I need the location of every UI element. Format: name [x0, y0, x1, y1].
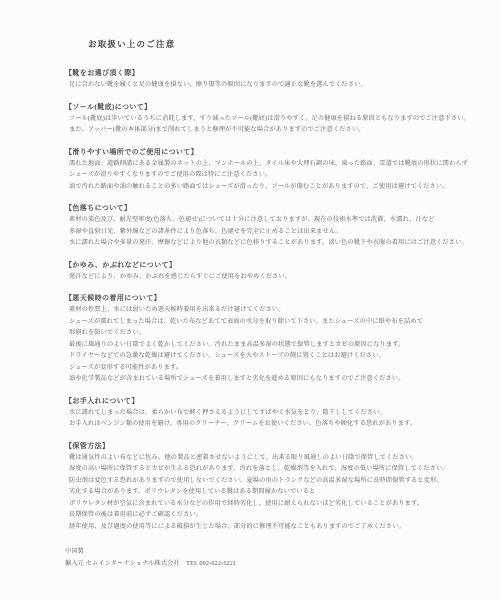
body-line: 多湿や直射日光、紫外線などの諸条件により色落ち、色褪せを完全に止めることは出来ま…	[69, 226, 472, 238]
section-heading: 【滑りやすい場所でのご使用について】	[65, 146, 472, 158]
body-line: シューズが滑りやすくなりますのでご使用の際は特にご注意ください。	[69, 169, 472, 181]
body-line: ポリウレタン材が空気に含まれている水分などの作用で経時劣化し、使用に耐えられない…	[69, 498, 472, 510]
importer-info: 輸入元 セムインターナショナル株式会社 TEL 092-622-5221	[65, 558, 472, 570]
body-line: 発汗などにより、かゆみ、かぶれを感じたらすぐにご使用をおやめください。	[69, 271, 472, 283]
body-line: 劣化する場合があります。ポリウレタンを使用している靴はある期間履かないでいると	[69, 486, 472, 498]
section-storage: 【保管方法】 靴は通気性のよい布などに包み、他の製品と密着させないようにして、出…	[65, 440, 472, 533]
body-line: 靴は通気性のよい布などに包み、他の製品と密着させないようにして、出来る限り風通し…	[69, 452, 472, 464]
section-bad-weather: 【悪天候時の着用について】 素材の性質上、水には弱いため悪天候時着用を出来るだけ…	[65, 292, 472, 385]
body-line: 濡れた地面、道路側溝にある金属製のネットの上、マンホールの上、タイル床や大理石調…	[69, 158, 472, 170]
section-color-fading: 【色落ちについて】 素材の染色及び、耐光堅牢度(色落ち、色褪せ)については十分に…	[65, 202, 472, 249]
body-line: 防虫剤は変色する恐れがありますので使用しないでください。夏場の車のトランクなどの…	[69, 475, 472, 487]
body-line: ソール(靴底)は歩いているうちに消耗します。すり減ったソール(靴底)は滑りやすく…	[69, 113, 472, 125]
section-heading: 【お手入れについて】	[65, 395, 472, 407]
body-line: また、アッパー(靴の本体部分)まで削れてしまうと修理が不可能な場合がありますので…	[69, 124, 472, 136]
body-line: 経年使用、及び過度の使用等にによる破損が生じた場合、部分的に修理不可能なこともあ…	[69, 521, 472, 533]
body-line: 油で汚れた路面や油の触れることの多い路面ではシューズが滑ったり、ソールが傷むこと…	[69, 181, 472, 193]
body-line: シューズが濡れてしまった場合は、乾いた布などあてて表面の水分を取り除いて下さい。…	[69, 316, 472, 328]
body-line: 油や化学製品などが含まれている場所でシューズを着用しますと劣化を進める原因にもな…	[69, 373, 472, 385]
country-of-origin: 中国製	[65, 546, 472, 558]
section-heading: 【色落ちについて】	[65, 202, 472, 214]
body-line: 素材の染色及び、耐光堅牢度(色落ち、色褪せ)については十分に注意しておりますが、…	[69, 214, 472, 226]
body-line: シューズが変形する可能性があります。	[69, 362, 472, 374]
body-line: 水に濡れた場合や多量の発汗、摩擦などにより他の衣類などに色移りすることがあります…	[69, 237, 472, 249]
section-heading: 【ソール(靴底)について】	[65, 101, 472, 113]
body-line: お手入れはベンジン類の使用を避け、専用のクリーナー、クリームをお使いください。色…	[69, 418, 472, 430]
body-line: ドライヤーなどでの急激な乾燥は避けてください。シューズを火やストーブの側に置くこ…	[69, 350, 472, 362]
page-title: お取扱い上のご注意	[88, 38, 472, 50]
body-line: 長期保管の後は着用前に必ずご確認ください。	[69, 509, 472, 521]
body-line: 湿度の高い場所に保管するとカビが生える恐れがあります。汚れを落とし、乾燥剤等を入…	[69, 463, 472, 475]
document-footer: 中国製 輸入元 セムインターナショナル株式会社 TEL 092-622-5221	[65, 546, 472, 569]
section-heading: 【悪天候時の着用について】	[65, 292, 472, 304]
body-line: 最後に風通りのよい日陰でよく乾かしてください。汚れたまま高温多湿の状態で保管しま…	[69, 339, 472, 351]
body-line: 水に濡れてしまった場合は、柔らかい布で軽く押さえるようにしてすばやく水気をとり、…	[69, 407, 472, 419]
section-slippery-places: 【滑りやすい場所でのご使用について】 濡れた地面、道路側溝にある金属製のネットの…	[65, 146, 472, 193]
care-instructions-document: お取扱い上のご注意 【靴をお選び頂く際】 足に合わない靴を履くと足の健康を損ない…	[0, 0, 500, 600]
body-line: 形崩れを防いでください。	[69, 327, 472, 339]
section-itching-rash: 【かゆみ、かぶれなどについて】 発汗などにより、かゆみ、かぶれを感じたらすぐにご…	[65, 259, 472, 283]
section-care: 【お手入れについて】 水に濡れてしまった場合は、柔らかい布で軽く押さえるようにし…	[65, 395, 472, 430]
section-shoe-selection: 【靴をお選び頂く際】 足に合わない靴を履くと足の健康を損ない、擦り傷等の原因にな…	[65, 67, 472, 91]
section-heading: 【靴をお選び頂く際】	[65, 67, 472, 79]
section-heading: 【保管方法】	[65, 440, 472, 452]
section-heading: 【かゆみ、かぶれなどについて】	[65, 259, 472, 271]
body-line: 足に合わない靴を履くと足の健康を損ない、擦り傷等の原因になりますので適正な靴を選…	[69, 79, 472, 91]
body-line: 素材の性質上、水には弱いため悪天候時着用を出来るだけ避けてください。	[69, 304, 472, 316]
section-sole: 【ソール(靴底)について】 ソール(靴底)は歩いているうちに消耗します。すり減っ…	[65, 101, 472, 136]
